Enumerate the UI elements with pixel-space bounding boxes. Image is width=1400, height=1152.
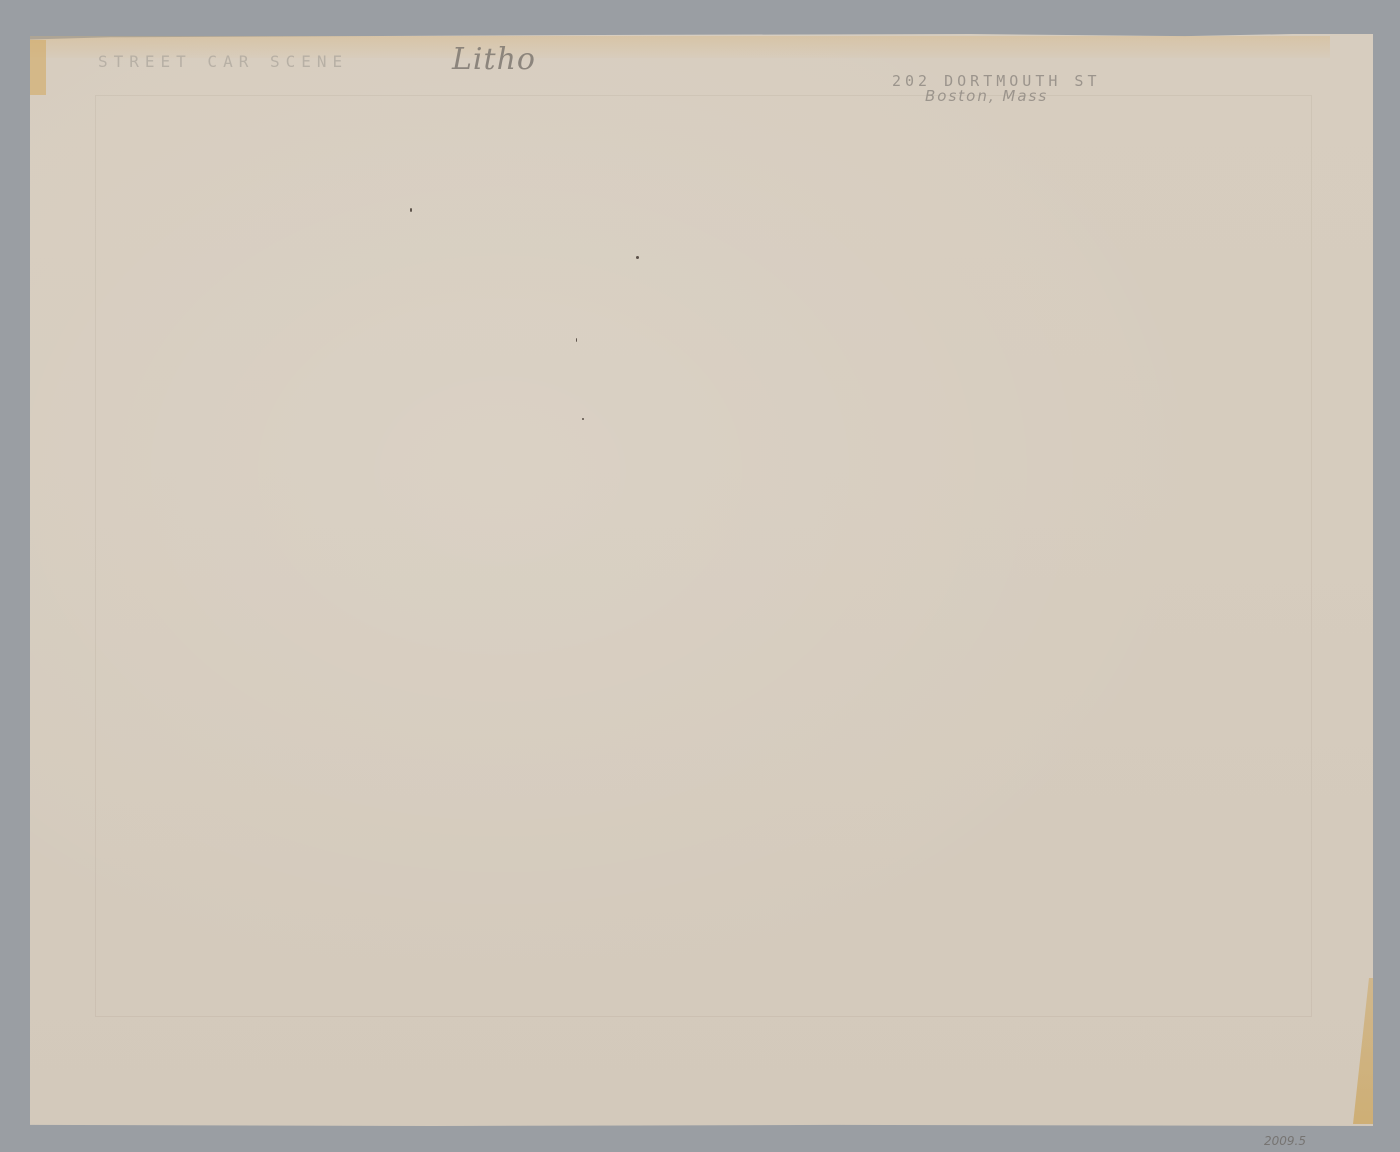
paper-speck [582, 418, 584, 420]
paper-speck [576, 338, 577, 342]
paper-speck [636, 256, 639, 259]
paper-speck [410, 208, 412, 212]
address-inscription-line2: Boston, Mass [925, 87, 1048, 105]
accession-number: 2009.5 [1264, 1134, 1306, 1148]
plate-mark [95, 95, 1312, 1017]
medium-inscription: Litho [452, 42, 536, 77]
title-inscription: STREET CAR SCENE [98, 52, 348, 71]
tape-residue-left [30, 40, 46, 95]
